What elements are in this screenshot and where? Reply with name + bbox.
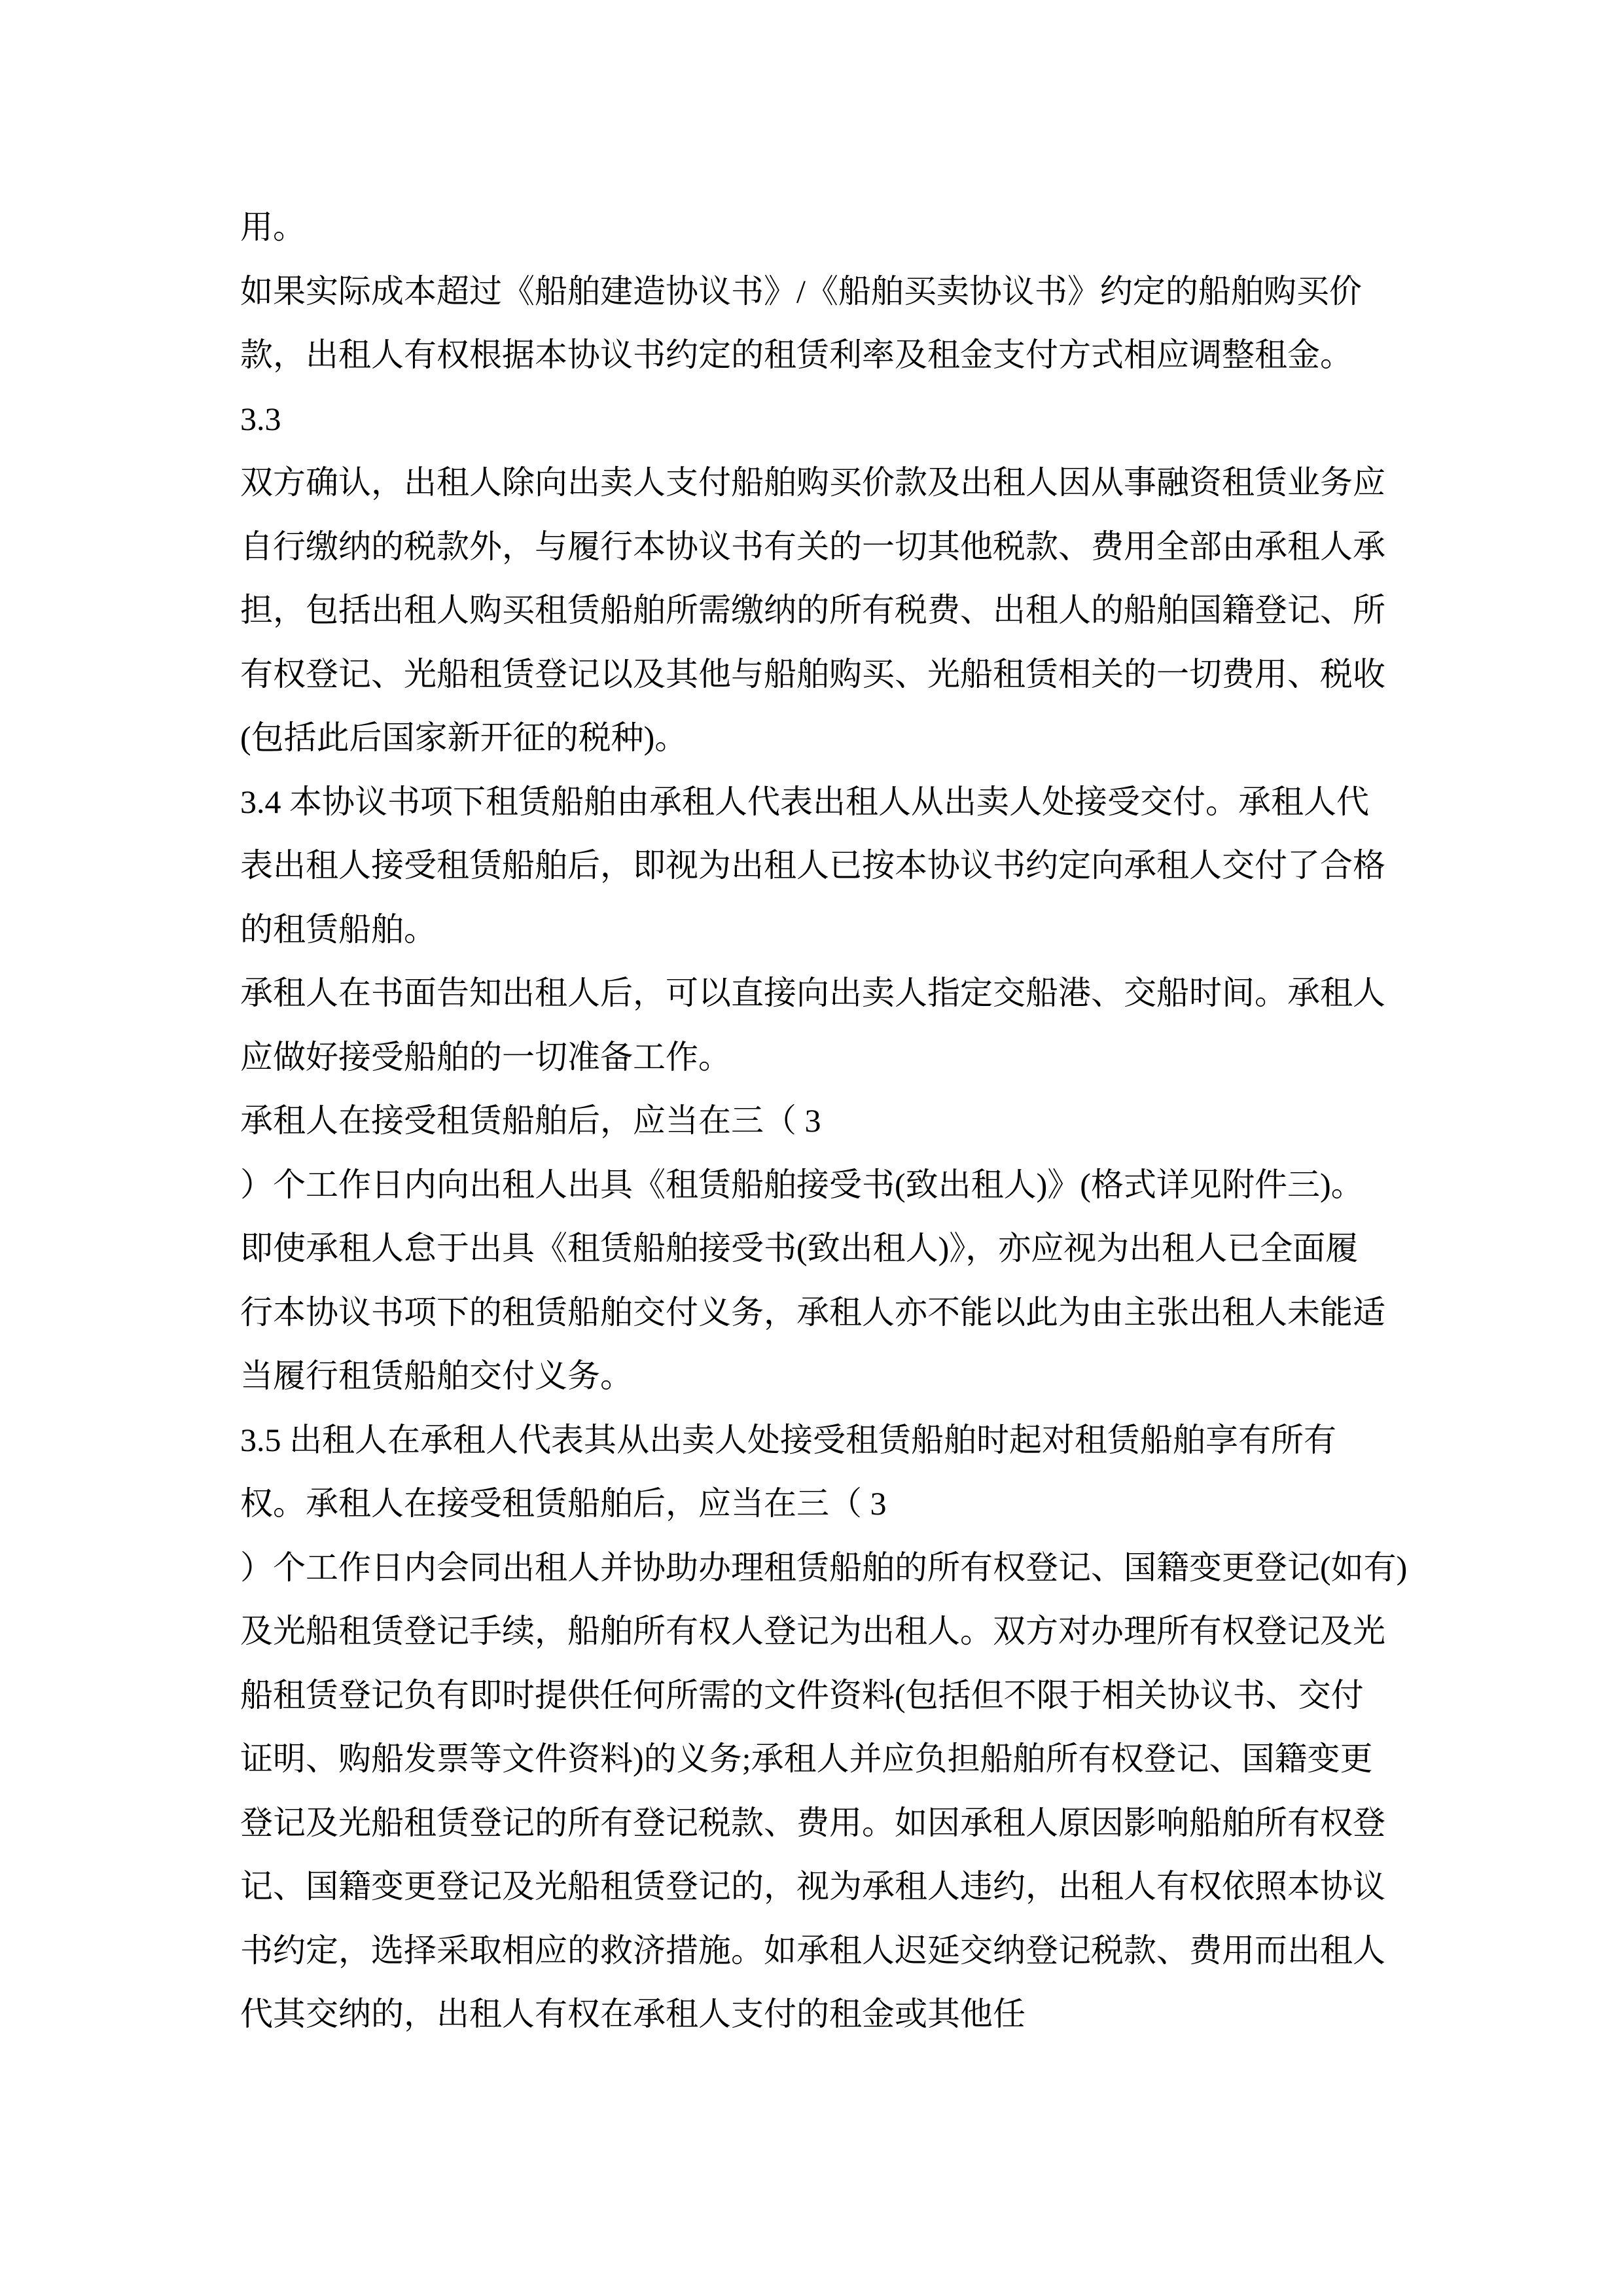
text-line: 有权登记、光船租赁登记以及其他与船舶购买、光船租赁相关的一切费用、税收 xyxy=(240,643,1425,707)
text-line: 3.5 出租人在承租人代表其从出卖人处接受租赁船舶时起对租赁船舶享有所有 xyxy=(240,1408,1425,1473)
text-line: (包括此后国家新开征的税种)。 xyxy=(240,706,1425,770)
text-line: 船租赁登记负有即时提供任何所需的文件资料(包括但不限于相关协议书、交付 xyxy=(240,1664,1425,1728)
contract-text-block: 用。 如果实际成本超过《船舶建造协议书》/《船舶买卖协议书》约定的船舶购买价 款… xyxy=(240,196,1425,2047)
document-page: 用。 如果实际成本超过《船舶建造协议书》/《船舶买卖协议书》约定的船舶购买价 款… xyxy=(0,0,1623,2296)
text-line: 及光船租赁登记手续，船舶所有权人登记为出租人。双方对办理所有权登记及光 xyxy=(240,1600,1425,1664)
text-line: 担，包括出租人购买租赁船舶所需缴纳的所有税费、出租人的船舶国籍登记、所 xyxy=(240,579,1425,643)
text-line: 的租赁船舶。 xyxy=(240,898,1425,962)
text-line: 证明、购船发票等文件资料)的义务;承租人并应负担船舶所有权登记、国籍变更 xyxy=(240,1727,1425,1791)
text-line: ）个工作日内向出租人出具《租赁船舶接受书(致出租人)》(格式详见附件三)。 xyxy=(240,1153,1425,1217)
text-line: 如果实际成本超过《船舶建造协议书》/《船舶买卖协议书》约定的船舶购买价 xyxy=(240,260,1425,324)
text-line: 书约定，选择采取相应的救济措施。如承租人迟延交纳登记税款、费用而出租人 xyxy=(240,1919,1425,1983)
text-line: 3.4 本协议书项下租赁船舶由承租人代表出租人从出卖人处接受交付。承租人代 xyxy=(240,770,1425,834)
text-line: 双方确认，出租人除向出卖人支付船舶购买价款及出租人因从事融资租赁业务应 xyxy=(240,451,1425,515)
text-line: 行本协议书项下的租赁船舶交付义务，承租人亦不能以此为由主张出租人未能适 xyxy=(240,1281,1425,1345)
text-line: 3.3 xyxy=(240,387,1425,452)
text-line: 记、国籍变更登记及光船租赁登记的，视为承租人违约，出租人有权依照本协议 xyxy=(240,1855,1425,1919)
text-line: 代其交纳的，出租人有权在承租人支付的租金或其他任 xyxy=(240,1982,1425,2047)
text-line: 权。承租人在接受租赁船舶后，应当在三（ 3 xyxy=(240,1472,1425,1536)
text-line: 自行缴纳的税款外，与履行本协议书有关的一切其他税款、费用全部由承租人承 xyxy=(240,515,1425,579)
text-line: 登记及光船租赁登记的所有登记税款、费用。如因承租人原因影响船舶所有权登 xyxy=(240,1791,1425,1856)
text-line: 承租人在书面告知出租人后，可以直接向出卖人指定交船港、交船时间。承租人 xyxy=(240,961,1425,1026)
text-line: 即使承租人怠于出具《租赁船舶接受书(致出租人)》，亦应视为出租人已全面履 xyxy=(240,1217,1425,1281)
text-line: 表出租人接受租赁船舶后，即视为出租人已按本协议书约定向承租人交付了合格 xyxy=(240,834,1425,898)
text-line: 承租人在接受租赁船舶后，应当在三（ 3 xyxy=(240,1089,1425,1153)
text-line: 用。 xyxy=(240,196,1425,260)
text-line: 应做好接受船舶的一切准备工作。 xyxy=(240,1026,1425,1090)
text-line: 款，出租人有权根据本协议书约定的租赁利率及租金支付方式相应调整租金。 xyxy=(240,323,1425,387)
text-line: 当履行租赁船舶交付义务。 xyxy=(240,1344,1425,1408)
text-line: ）个工作日内会同出租人并协助办理租赁船舶的所有权登记、国籍变更登记(如有) xyxy=(240,1536,1425,1600)
